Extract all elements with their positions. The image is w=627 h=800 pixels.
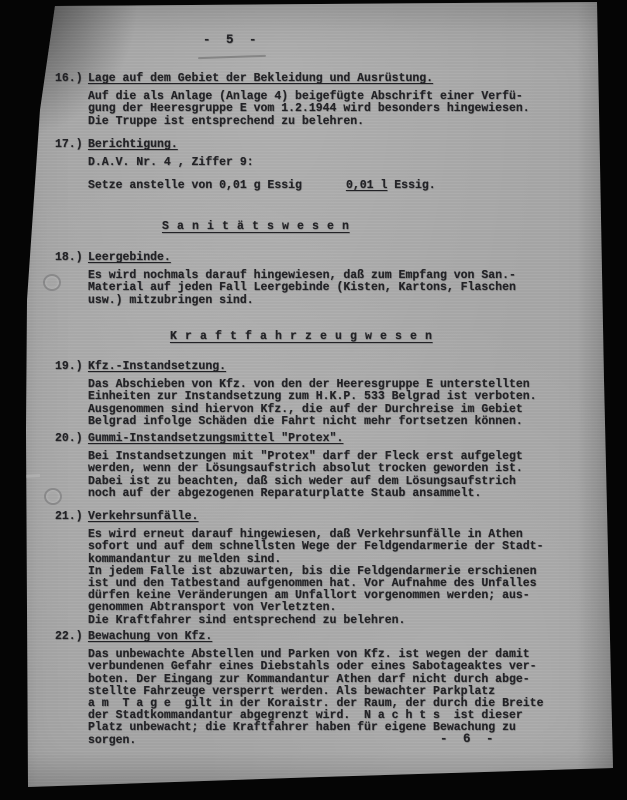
section-17: 17.) Berichtigung. D.A.V. Nr. 4 , Ziffer… — [55, 139, 585, 193]
section-body: D.A.V. Nr. 4 , Ziffer 9: Setze anstelle … — [88, 157, 585, 192]
group-heading-sanitaetswesen: S a n i t ä t s w e s e n — [162, 221, 350, 233]
section-body: Es wird erneut darauf hingewiesen, daß V… — [88, 529, 585, 627]
section-body: Das Abschieben von Kfz. von den der Heer… — [88, 379, 585, 428]
body-line: Die Truppe ist entsprechend zu belehren. — [88, 116, 585, 128]
body-line: Dabei ist zu beachten, daß sich weder au… — [88, 476, 585, 488]
section-number: 17.) — [55, 139, 88, 151]
body-line: genommen Abtransport von Verletzten. — [88, 602, 585, 614]
correction-before: Setze anstelle von 0,01 g Essig — [88, 179, 302, 192]
section-number: 20.) — [55, 433, 88, 445]
section-body: Es wird nochmals darauf hingewiesen, daß… — [88, 270, 585, 307]
section-number: 19.) — [55, 361, 88, 373]
section-number: 21.) — [55, 511, 88, 523]
correction-line: Setze anstelle von 0,01 g Essig0,01 l Es… — [88, 180, 585, 192]
body-line: Platz unbewacht; die Kraftfahrer haben f… — [88, 722, 585, 734]
body-line: sofort und auf dem schnellsten Wege der … — [88, 541, 585, 553]
section-title: Lage auf dem Gebiet der Bekleidung und A… — [88, 73, 433, 85]
page-number-bottom: - 6 - — [440, 733, 498, 745]
body-line: noch auf der abgezogenen Reparaturplatte… — [88, 488, 585, 500]
section-number: 18.) — [55, 252, 88, 264]
section-18: 18.) Leergebinde. Es wird nochmals darau… — [55, 252, 585, 307]
body-line: kommandantur zu melden sind. — [88, 554, 585, 566]
body-line: boten. Der Eingang zur Kommandantur Athe… — [88, 674, 585, 686]
body-line: Ausgenommen sind hiervon Kfz., die auf d… — [88, 404, 585, 416]
body-line: Einheiten zur Instandsetzung zum H.K.P. … — [88, 391, 585, 403]
section-title: Leergebinde. — [88, 252, 171, 264]
body-line: Die Kraftfahrer sind entsprechend zu bel… — [88, 615, 585, 627]
group-heading-kraftfahrzeugwesen: K r a f t f a h r z e u g w e s e n — [170, 331, 433, 343]
section-body: Das unbewachte Abstellen und Parken von … — [88, 649, 585, 747]
regulation-reference: D.A.V. Nr. 4 , Ziffer 9: — [88, 157, 585, 169]
pen-smudge-mark — [198, 55, 266, 59]
paper-sheet: - 5 - 16.) Lage auf dem Gebiet der Bekle… — [0, 0, 627, 800]
correction-after: Essig. — [387, 179, 435, 192]
section-title: Kfz.-Instandsetzung. — [88, 361, 226, 373]
page-number-top: - 5 - — [203, 34, 261, 46]
body-line: Material auf jeden Fall Leergebinde (Kis… — [88, 282, 585, 294]
section-number: 16.) — [55, 73, 88, 85]
section-title: Gummi-Instandsetzungsmittel "Protex". — [88, 433, 343, 445]
section-body: Auf die als Anlage (Anlage 4) beigefügte… — [88, 91, 585, 128]
scanned-document: - 5 - 16.) Lage auf dem Gebiet der Bekle… — [0, 0, 627, 800]
body-line: werden, wenn der Lösungsaufstrich absolu… — [88, 463, 585, 475]
body-line: Belgrad infolge Schäden die Fahrt nicht … — [88, 416, 585, 428]
section-title: Verkehrsunfälle. — [88, 511, 198, 523]
section-21: 21.) Verkehrsunfälle. Es wird erneut dar… — [55, 511, 585, 627]
body-line: verbundenen Gefahr eines Diebstahls oder… — [88, 661, 585, 673]
section-20: 20.) Gummi-Instandsetzungsmittel "Protex… — [55, 433, 585, 500]
section-16: 16.) Lage auf dem Gebiet der Bekleidung … — [55, 73, 585, 128]
section-number: 22.) — [55, 631, 88, 643]
section-body: Bei Instandsetzungen mit "Protex" darf d… — [88, 451, 585, 500]
body-line: sorgen. — [88, 735, 585, 747]
section-22: 22.) Bewachung von Kfz. Das unbewachte A… — [55, 631, 585, 747]
section-title: Bewachung von Kfz. — [88, 631, 212, 643]
section-19: 19.) Kfz.-Instandsetzung. Das Abschieben… — [55, 361, 585, 428]
document-content: - 5 - 16.) Lage auf dem Gebiet der Bekle… — [0, 0, 627, 800]
section-title: Berichtigung. — [88, 139, 178, 151]
body-line: usw.) mitzubringen sind. — [88, 295, 585, 307]
body-line: gung der Heeresgruppe E vom 1.2.1944 wir… — [88, 103, 585, 115]
correction-underlined-value: 0,01 l — [346, 179, 387, 192]
